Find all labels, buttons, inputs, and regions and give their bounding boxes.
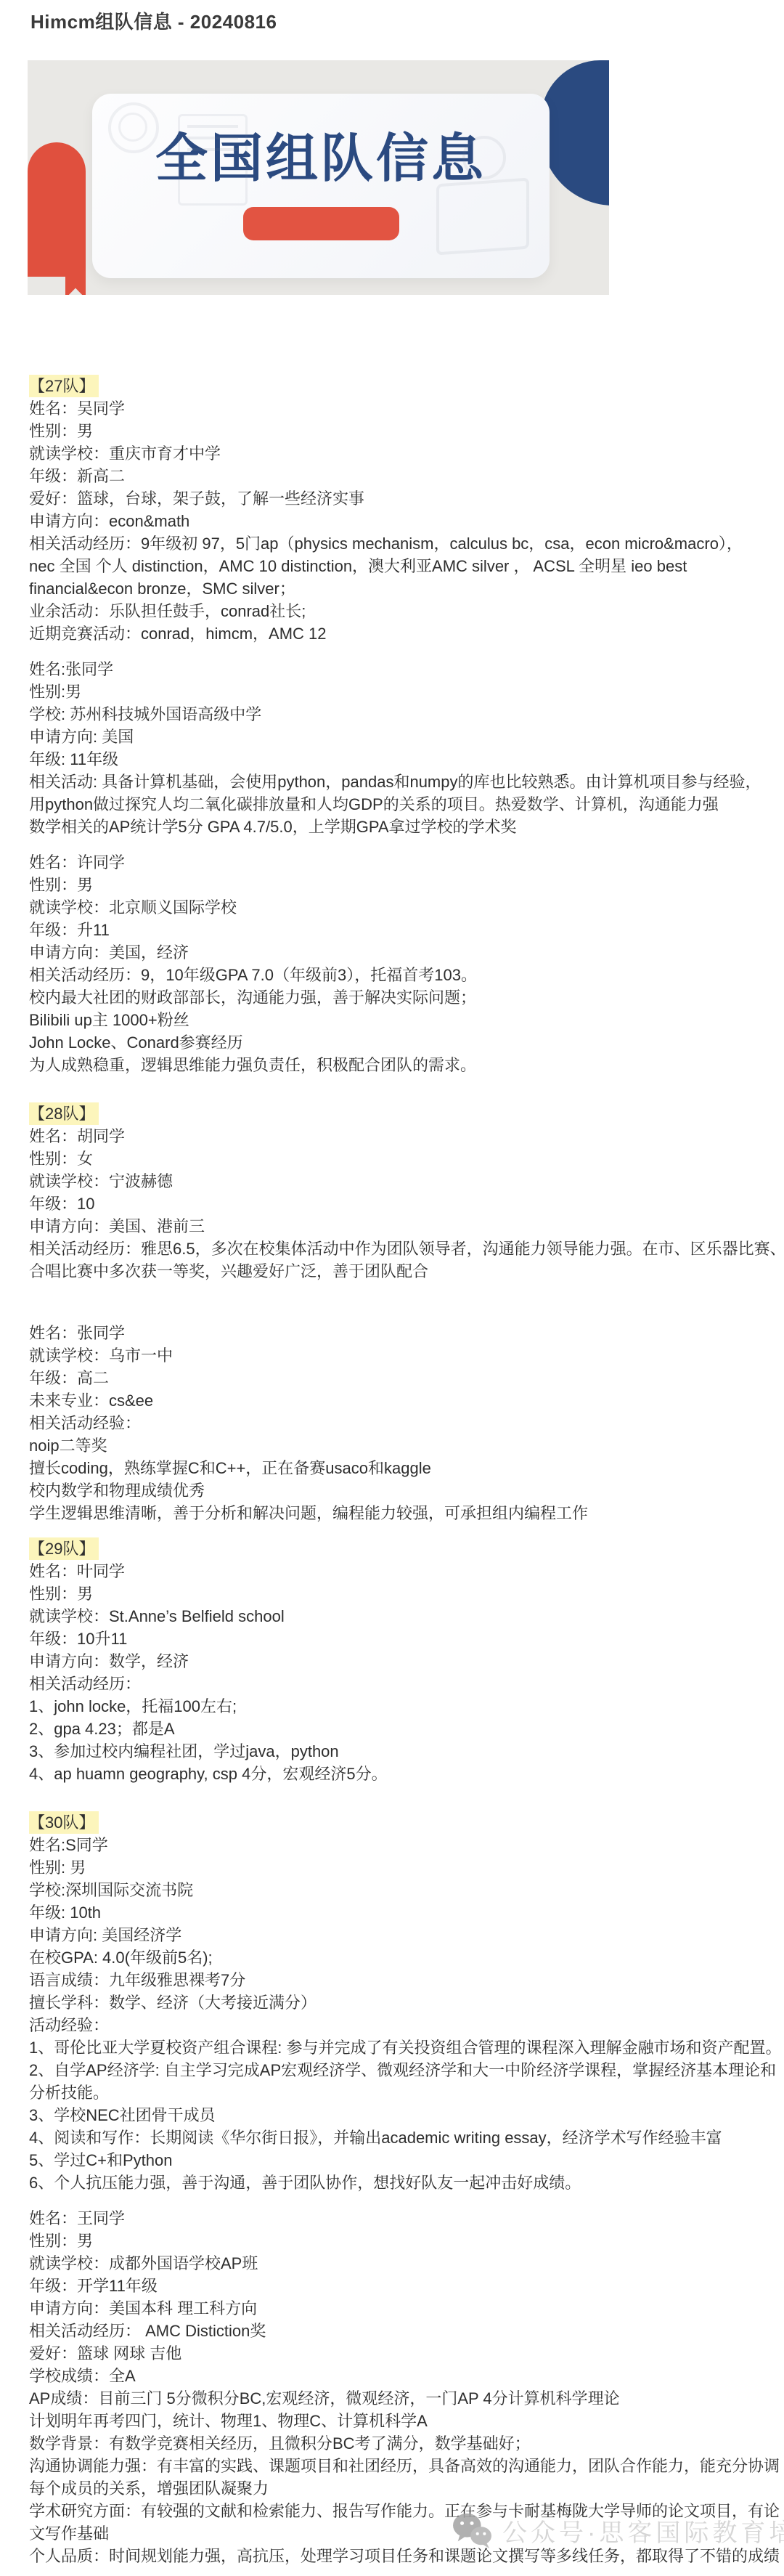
text-line: 年级: 10th [29,1901,769,1924]
text-line: 学生逻辑思维清晰，善于分析和解决问题，编程能力较强，可承担组内编程工作 [29,1502,769,1524]
text-line: 申请方向：美国，经济 [29,941,769,964]
text-line: AP成绩：目前三门 5分微积分BC,宏观经济，微观经济，一门AP 4分计算机科学… [29,2387,769,2410]
red-ribbon-decoration [28,142,86,277]
team-header-line: 【28队】 [29,1102,769,1125]
blank-line [29,838,769,851]
text-line: 学校成绩：全A [29,2365,769,2387]
text-line: 每个成员的关系，增强团队凝聚力 [29,2477,769,2500]
text-line: 年级：10升11 [29,1628,769,1650]
text-line: 未来专业：cs&ee [29,1389,769,1412]
book-watermark-icon [436,178,529,256]
blank-line [29,1076,769,1089]
text-line: 学校: 苏州科技城外国语高级中学 [29,703,769,726]
text-line: 年级：10 [29,1192,769,1215]
banner-card: 全国组队信息 [92,94,550,278]
text-line: John Locke、Conard参赛经历 [29,1031,769,1054]
text-line: 1、john locke，托福100左右; [29,1695,769,1718]
text-line: 相关活动经历：雅思6.5，多次在校集体活动中作为团队领导者，沟通能力领导能力强。… [29,1238,769,1260]
text-line: 校内最大社团的财政部部长，沟通能力强，善于解决实际问题； [29,986,769,1009]
blank-line [29,1798,769,1811]
text-line: 姓名：许同学 [29,851,769,874]
text-line: 年级：开学11年级 [29,2275,769,2297]
text-line: 年级：高二 [29,1367,769,1389]
text-line: 1、哥伦比亚大学夏校资产组合课程: 参与并完成了有关投资组合管理的课程深入理解金… [29,2036,769,2059]
banner-underline [243,207,399,240]
text-line: nec 全国 个人 distinction，AMC 10 distinction… [29,555,769,577]
watermark: 公众号·思客国际教育培训 [452,2511,784,2549]
text-line: noip二等奖 [29,1434,769,1457]
text-line: 相关活动经历： AMC Distiction奖 [29,2320,769,2342]
blank-line [29,645,769,658]
text-line: 近期竞赛活动：conrad，himcm，AMC 12 [29,622,769,645]
text-line: 3、学校NEC社团骨干成员 [29,2104,769,2126]
text-line: 2、自学AP经济学: 自主学习完成AP宏观经济学、微观经济学和大一中阶经济学课程… [29,2059,769,2081]
text-line: financial&econ bronze，SMC silver； [29,577,769,600]
blank-line [29,1785,769,1798]
wechat-icon [452,2511,494,2549]
team-header: 【29队】 [29,1537,99,1560]
text-line: 就读学校：北京顺义国际学校 [29,896,769,919]
text-line: 擅长coding，熟练掌握C和C++，正在备赛usaco和kaggle [29,1457,769,1479]
text-line: 数学相关的AP统计学5分 GPA 4.7/5.0，上学期GPA拿过学校的学术奖 [29,816,769,838]
blank-line [29,1309,769,1322]
text-line: 擅长学科：数学、经济（大考接近满分） [29,1991,769,2014]
text-line: 6、个人抗压能力强，善于沟通，善于团队协作，想找好队友一起冲击好成绩。 [29,2171,769,2194]
text-line: Bilibili up主 1000+粉丝 [29,1009,769,1031]
text-line: 相关活动经历：9年级初 97，5门ap（physics mechanism，ca… [29,532,769,555]
banner-image: 全国组队信息 [28,60,609,295]
text-line: 分析技能。 [29,2081,769,2104]
text-line: 性别：男 [29,420,769,442]
text-line: 申请方向: 美国经济学 [29,1924,769,1946]
text-line: 年级：升11 [29,919,769,941]
text-line: 申请方向：美国本科 理工科方向 [29,2297,769,2320]
text-line: 就读学校：宁波赫德 [29,1170,769,1192]
text-line: 姓名:S同学 [29,1834,769,1856]
text-line: 相关活动: 具备计算机基础，会使用python，pandas和numpy的库也比… [29,771,769,793]
text-line: 性别：男 [29,874,769,896]
text-line: 性别:男 [29,680,769,703]
text-line: 姓名：吴同学 [29,397,769,420]
blue-corner-decoration [541,60,609,206]
text-line: 语言成绩：九年级雅思裸考7分 [29,1969,769,1991]
text-line: 就读学校：乌市一中 [29,1344,769,1367]
text-line: 计划明年再考四门，统计、物理1、物理C、计算机科学A [29,2410,769,2432]
text-line: 用python做过探究人均二氧化碳排放量和人均GDP的关系的项目。热爱数学、计算… [29,793,769,816]
text-line: 2、gpa 4.23；都是A [29,1718,769,1740]
team-header: 【27队】 [29,375,99,397]
blank-line [29,1296,769,1309]
text-line: 4、ap huamn geography, csp 4分，宏观经济5分。 [29,1763,769,1785]
text-line: 5、学过C+和Python [29,2149,769,2171]
blank-line [29,2194,769,2207]
rosette-watermark-icon [108,102,159,153]
text-line: 3、参加过校内编程社团，学过java，python [29,1740,769,1763]
text-line: 性别：男 [29,2230,769,2252]
text-line: 校内数学和物理成绩优秀 [29,1479,769,1502]
watermark-text: 公众号·思客国际教育培训 [502,2513,784,2548]
text-line: 申请方向：美国、港前三 [29,1215,769,1238]
text-line: 数学背景：有数学竞赛相关经历，且微积分BC考了满分，数学基础好； [29,2432,769,2455]
blank-line [29,1524,769,1537]
red-ribbon-tail-decoration [65,272,86,295]
text-line: 姓名:张同学 [29,658,769,680]
banner-title: 全国组队信息 [155,133,486,185]
text-line: 相关活动经历：9，10年级GPA 7.0（年级前3），托福首考103。 [29,964,769,986]
page-title: Himcm组队信息 - 20240816 [0,0,784,34]
blank-line [29,1283,769,1296]
text-line: 爱好：篮球，台球，架子鼓，了解一些经济实事 [29,487,769,510]
text-line: 年级: 11年级 [29,748,769,771]
text-line: 学校:深圳国际交流书院 [29,1879,769,1901]
text-line: 业余活动：乐队担任鼓手，conrad社长; [29,600,769,622]
text-line: 申请方向：econ&math [29,510,769,532]
text-line: 就读学校：成都外国语学校AP班 [29,2252,769,2275]
team-header: 【28队】 [29,1102,99,1125]
text-line: 4、阅读和写作：长期阅读《华尔街日报》，并输出academic writing … [29,2126,769,2149]
team-header-line: 【30队】 [29,1811,769,1834]
text-line: 就读学校：St.Anne’s Belfield school [29,1605,769,1628]
text-line: 就读学校：重庆市育才中学 [29,442,769,465]
text-line: 申请方向：数学，经济 [29,1650,769,1673]
text-line: 为人成熟稳重，逻辑思维能力强负责任，积极配合团队的需求。 [29,1054,769,1076]
page-root: Himcm组队信息 - 20240816 全国组队信息 【27队】姓名：吴同学性… [0,0,784,2576]
text-line: 沟通协调能力强：有丰富的实践、课题项目和社团经历，具备高效的沟通能力，团队合作能… [29,2455,769,2477]
team-header-line: 【29队】 [29,1537,769,1560]
text-line: 姓名：张同学 [29,1322,769,1344]
text-line: 在校GPA: 4.0(年级前5名); [29,1946,769,1969]
text-line: 性别: 男 [29,1856,769,1879]
text-line: 爱好：篮球 网球 吉他 [29,2342,769,2365]
text-line: 相关活动经历： [29,1673,769,1695]
text-line: 性别：男 [29,1582,769,1605]
text-line: 姓名：叶同学 [29,1560,769,1582]
article-body: 【27队】姓名：吴同学性别：男就读学校：重庆市育才中学年级：新高二爱好：篮球，台… [0,375,784,2567]
text-line: 合唱比赛中多次获一等奖，兴趣爱好广泛，善于团队配合 [29,1260,769,1283]
text-line: 年级：新高二 [29,465,769,487]
text-line: 相关活动经验： [29,1412,769,1434]
text-line: 姓名：王同学 [29,2207,769,2230]
text-line: 姓名：胡同学 [29,1125,769,1147]
text-line: 申请方向: 美国 [29,726,769,748]
text-line: 活动经验： [29,2014,769,2036]
team-header-line: 【27队】 [29,375,769,397]
text-line: 性别：女 [29,1147,769,1170]
blank-line [29,1089,769,1102]
team-header: 【30队】 [29,1811,99,1834]
